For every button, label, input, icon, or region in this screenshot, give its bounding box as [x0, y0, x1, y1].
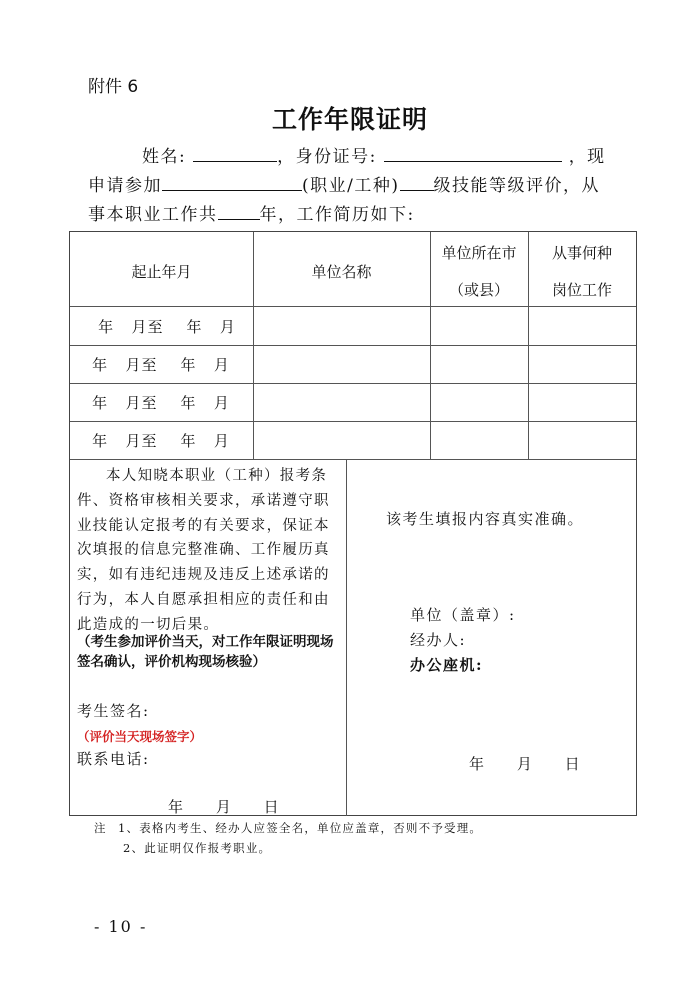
divider: [70, 459, 636, 460]
header-period: 起止年月: [70, 261, 253, 282]
divider: [70, 345, 636, 346]
document-title: 工作年限证明: [0, 100, 700, 136]
intro-line-1: 姓名: ，身份证号: ，现: [88, 142, 618, 167]
office-phone-label: 办公座机:: [410, 654, 483, 675]
header-city-2: （或县）: [430, 279, 528, 300]
occupation-field[interactable]: [162, 173, 302, 191]
table-row-period[interactable]: 年 月至 年 月: [69, 354, 253, 375]
years-suffix: 年，工作简历如下:: [260, 205, 415, 225]
header-position-1: 从事何种: [528, 242, 636, 263]
divider: [70, 383, 636, 384]
years-label: 事本职业工作共: [88, 205, 218, 225]
header-city-1: 单位所在市: [430, 242, 528, 263]
years-field[interactable]: [218, 202, 260, 220]
apply-label: 申请参加: [88, 176, 162, 196]
page-number: - 10 -: [94, 917, 147, 936]
intro-line-2: 申请参加(职业/工种)级技能等级评价，从: [88, 171, 618, 196]
divider: [70, 421, 636, 422]
id-label: ，身份证号:: [277, 147, 377, 167]
unit-seal-label: 单位（盖章）:: [410, 604, 516, 625]
signature-note: （评价当天现场签字）: [77, 727, 202, 745]
pledge-text: 本人知晓本职业（工种）报考条件、资格审核相关要求，承诺遵守职业技能认定报考的有关…: [77, 464, 342, 638]
note-item-1: 1、表格内考生、经办人应签全名，单位应盖章，否则不予受理。: [118, 820, 482, 836]
handler-label: 经办人:: [410, 629, 466, 650]
table-row-period[interactable]: 年 月至 年 月: [69, 392, 253, 413]
attachment-label: 附件 6: [88, 72, 138, 97]
level-field[interactable]: [400, 173, 434, 191]
name-field[interactable]: [193, 144, 277, 162]
intro-suffix: ，现: [569, 147, 606, 167]
intro-line-3: 事本职业工作共年，工作简历如下:: [88, 200, 618, 225]
header-unit-name: 单位名称: [253, 261, 430, 282]
pledge-paragraph: 本人知晓本职业（工种）报考条件、资格审核相关要求，承诺遵守职业技能认定报考的有关…: [77, 464, 342, 638]
table-row-period[interactable]: 年 月至 年 月: [69, 430, 253, 451]
occupation-hint: (职业/工种): [302, 176, 400, 196]
name-label: 姓名:: [142, 147, 186, 167]
id-number-field[interactable]: [384, 144, 562, 162]
verification-statement: 该考生填报内容真实准确。: [386, 508, 584, 529]
note-prefix: 注: [94, 820, 107, 836]
table-row-period[interactable]: 年 月至 年 月: [69, 316, 259, 337]
signature-label: 考生签名:: [77, 700, 150, 721]
note-item-2: 2、此证明仅作报考职业。: [123, 840, 271, 856]
divider: [346, 459, 347, 816]
pledge-note: （考生参加评价当天，对工作年限证明现场签名确认，评价机构现场核验）: [77, 632, 345, 672]
level-label: 级技能等级评价，从: [434, 176, 601, 196]
verification-date: 年 月 日: [469, 753, 581, 774]
phone-label: 联系电话:: [77, 748, 150, 769]
header-position-2: 岗位工作: [528, 279, 636, 300]
divider: [70, 306, 636, 307]
pledge-date: 年 月 日: [168, 796, 280, 817]
